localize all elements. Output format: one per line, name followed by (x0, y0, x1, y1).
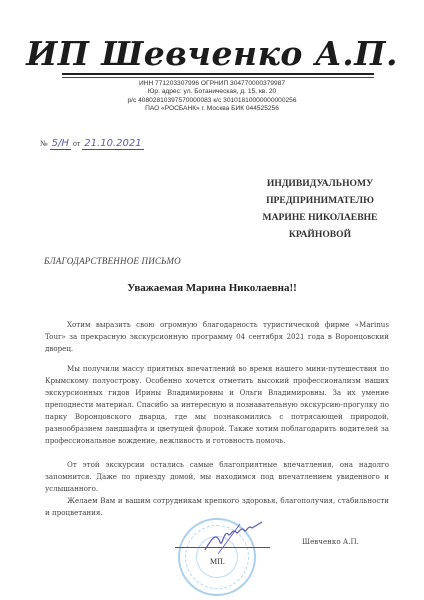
date-prefix: от (73, 139, 80, 148)
signer-name: Шевченко А.П. (302, 537, 359, 546)
addressee-block: ИНДИВИДУАЛЬНОМУ ПРЕДПРИНИМАТЕЛЮ МАРИНЕ Н… (230, 175, 410, 243)
company-name: ИП Шевченко А.П. (0, 34, 424, 74)
header-rule-thin (62, 77, 374, 78)
signature-icon (200, 520, 270, 560)
company-requisites: ИНН 771203307996 ОГРНИП 304770000379987 … (0, 80, 424, 113)
requisite-accounts: р/с 40802810397570000083 к/с 30101810000… (0, 97, 424, 105)
requisite-address: Юр. адрес: ул. Ботаническая, д. 15, кв. … (0, 88, 424, 96)
requisite-bank: ПАО «РОСБАНК» г. Москва БИК 044525256 (0, 105, 424, 113)
paragraph-impressions: Мы получили массу приятных впечатлений в… (45, 363, 389, 447)
document-type: БЛАГОДАРСТВЕННОЕ ПИСЬМО (44, 256, 181, 266)
stamp-label: МП. (210, 557, 225, 566)
letter-page: ИП Шевченко А.П. ИНН 771203307996 ОГРНИП… (0, 0, 424, 600)
number-prefix: № (40, 139, 48, 148)
salutation: Уважаемая Марина Николаевна!! (0, 282, 424, 294)
paragraph-gratitude: Хотим выразить свою огромную благодарнос… (45, 319, 389, 355)
handwritten-number: 5/Н (50, 138, 71, 150)
registration-number: № 5/Н от 21.10.2021 (40, 138, 144, 149)
addressee-line: КРАЙНОВОЙ (230, 226, 410, 243)
requisite-inn: ИНН 771203307996 ОГРНИП 304770000379987 (0, 80, 424, 88)
addressee-line: ПРЕДПРИНИМАТЕЛЮ (230, 192, 410, 209)
paragraph-memories: От этой экскурсии остались самые благопр… (45, 459, 389, 495)
addressee-line: МАРИНЕ НИКОЛАЕВНЕ (230, 209, 410, 226)
handwritten-date: 21.10.2021 (82, 138, 143, 150)
addressee-line: ИНДИВИДУАЛЬНОМУ (230, 175, 410, 192)
paragraph-wishes: Желаем Вам и вашим сотрудникам крепкого … (45, 495, 389, 519)
header-rule-thick (62, 73, 374, 75)
